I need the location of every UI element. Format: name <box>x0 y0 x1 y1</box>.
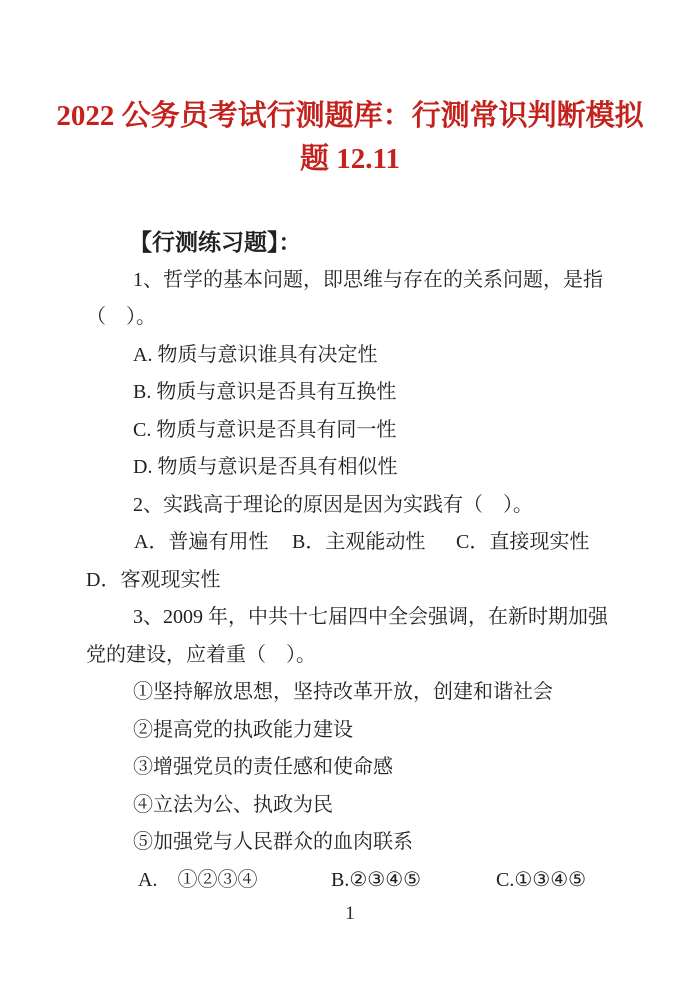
question-2-option-c: C．直接现实性 <box>456 524 589 562</box>
question-1-option-b: B. 物质与意识是否具有互换性 <box>86 374 650 412</box>
question-2-stem: 2、实践高于理论的原因是因为实践有（ ）。 <box>86 487 650 525</box>
question-3-stem-line-2: 党的建设，应着重（ ）。 <box>86 637 650 675</box>
question-3-stem-line-1: 3、2009 年，中共十七届四中全会强调，在新时期加强 <box>86 599 650 637</box>
question-2-options-row: A．普遍有用性B．主观能动性C．直接现实性 <box>86 524 650 562</box>
document-title: 2022 公务员考试行测题库：行测常识判断模拟 题 12.11 <box>0 0 700 181</box>
question-3-item-3: ③增强党员的责任感和使命感 <box>86 749 650 787</box>
question-1-stem-line-2: （ ）。 <box>86 299 650 337</box>
document-body: 【行测练习题】： 1、哲学的基本问题，即思维与存在的关系问题，是指 （ ）。 A… <box>86 181 650 899</box>
document-title-line-2: 题 12.11 <box>0 138 700 181</box>
question-3-item-1: ①坚持解放思想，坚持改革开放，创建和谐社会 <box>86 674 650 712</box>
question-3-options-row: A. ①②③④B.②③④⑤C.①③④⑤ <box>86 862 650 900</box>
question-2-option-b: B．主观能动性 <box>292 524 456 562</box>
question-3-option-c: C.①③④⑤ <box>496 862 586 900</box>
question-3-item-2: ②提高党的执政能力建设 <box>86 712 650 750</box>
question-3-item-5: ⑤加强党与人民群众的血肉联系 <box>86 824 650 862</box>
question-1-option-c: C. 物质与意识是否具有同一性 <box>86 412 650 450</box>
question-2-option-d: D．客观现实性 <box>86 562 650 600</box>
question-2-option-a: A．普遍有用性 <box>134 524 292 562</box>
page-footer: 1 <box>0 903 700 925</box>
page-number: 1 <box>345 903 355 924</box>
question-1-stem-line-1: 1、哲学的基本问题，即思维与存在的关系问题，是指 <box>86 262 650 300</box>
question-3-item-4: ④立法为公、执政为民 <box>86 787 650 825</box>
document-title-line-1: 2022 公务员考试行测题库：行测常识判断模拟 <box>0 95 700 138</box>
document-page: 2022 公务员考试行测题库：行测常识判断模拟 题 12.11 【行测练习题】：… <box>0 0 700 989</box>
question-1-option-a: A. 物质与意识谁具有决定性 <box>86 337 650 375</box>
section-heading: 【行测练习题】： <box>86 224 650 262</box>
question-3-option-a: A. ①②③④ <box>138 862 331 900</box>
question-3-option-b: B.②③④⑤ <box>331 862 496 900</box>
question-1-option-d: D. 物质与意识是否具有相似性 <box>86 449 650 487</box>
